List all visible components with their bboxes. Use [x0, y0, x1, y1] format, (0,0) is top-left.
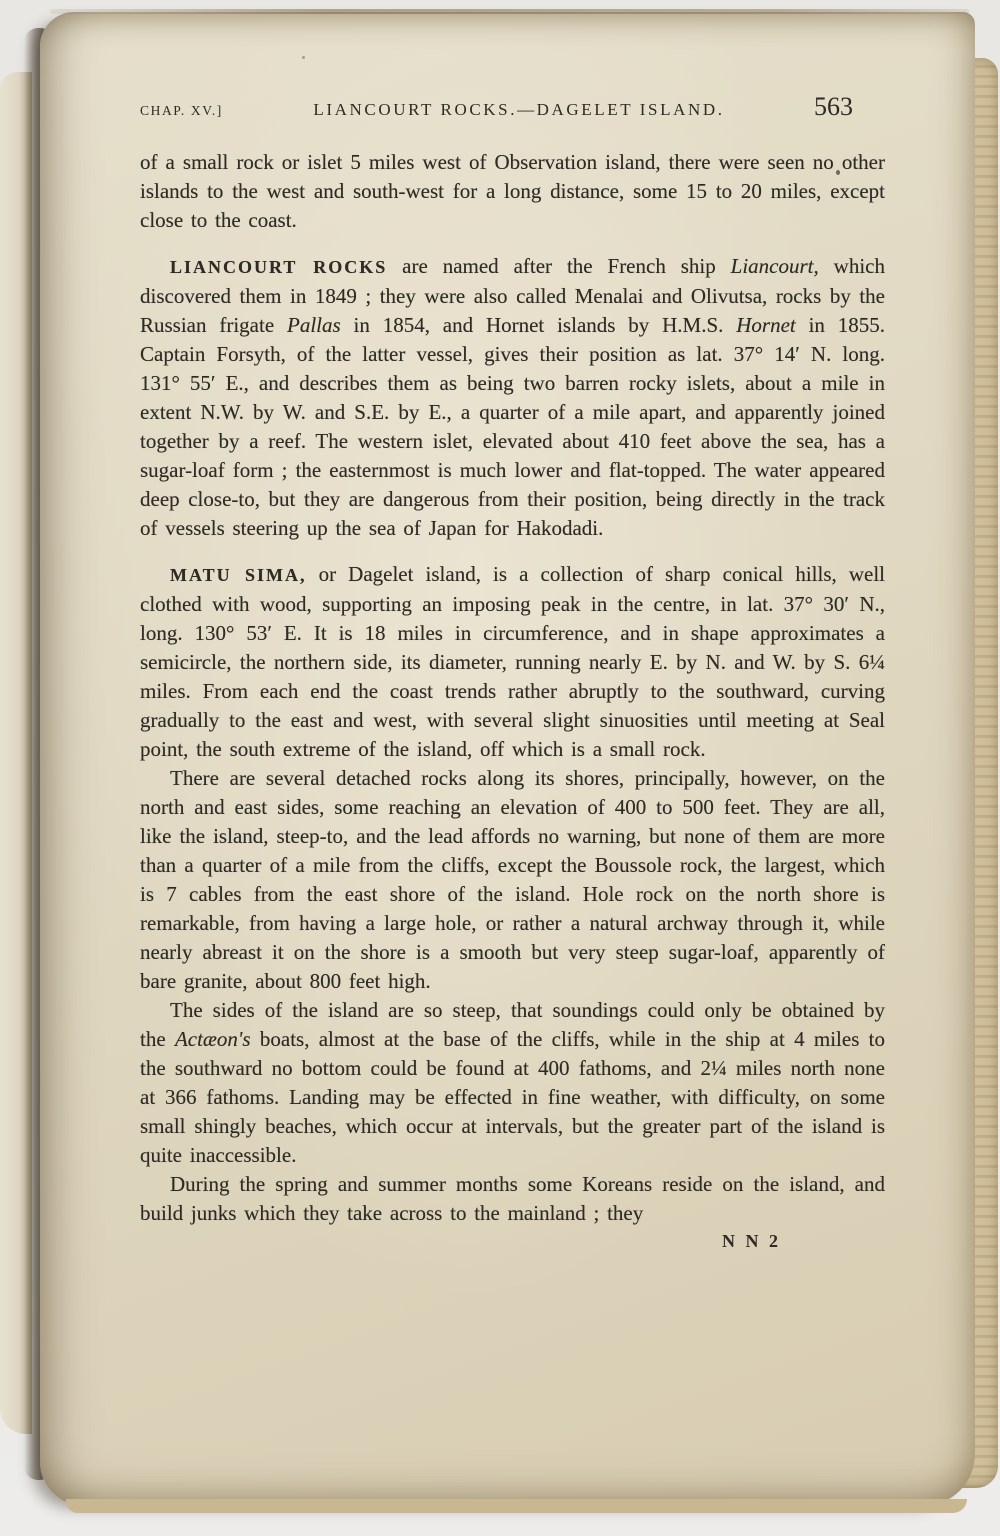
chapter-label: CHAP. XV.] [140, 103, 295, 119]
paragraph: MATU SIMA, or Dagelet island, is a colle… [140, 560, 885, 764]
text-segment-italic: Liancourt, [731, 254, 819, 278]
text-segment-normal: are named after the French ship [387, 254, 730, 278]
text-segment-italic: Pallas [287, 313, 341, 337]
paragraph: The sides of the island are so steep, th… [140, 996, 885, 1170]
page-body: of a small rock or islet 5 miles west of… [140, 148, 885, 1228]
text-segment-normal: During the spring and summer months some… [140, 1172, 885, 1225]
text-segment-normal: or Dagelet island, is a collection of sh… [140, 562, 885, 761]
text-segment-normal: in 1855. Captain Forsyth, of the latter … [140, 313, 885, 540]
running-title: LIANCOURT ROCKS.—DAGELET ISLAND. [295, 100, 743, 120]
text-segment-normal: in 1854, and Hornet islands by H.M.S. [341, 313, 737, 337]
text-segment-italic: Actæon's [175, 1027, 251, 1051]
paragraph: LIANCOURT ROCKS are named after the Fren… [140, 252, 885, 543]
page-number: 563 [743, 92, 885, 122]
book-page: CHAP. XV.] LIANCOURT ROCKS.—DAGELET ISLA… [40, 12, 975, 1506]
text-segment-normal: of a small rock or islet 5 miles west of… [140, 150, 885, 232]
paper-speck [302, 56, 305, 59]
text-segment-lead: LIANCOURT ROCKS [170, 257, 387, 277]
signature-mark: N N 2 [140, 1231, 885, 1252]
paragraph: of a small rock or islet 5 miles west of… [140, 148, 885, 235]
page-header: CHAP. XV.] LIANCOURT ROCKS.—DAGELET ISLA… [140, 92, 885, 122]
paragraph: During the spring and summer months some… [140, 1170, 885, 1228]
text-segment-normal: boats, almost at the base of the cliffs,… [140, 1027, 885, 1167]
book-scan: CHAP. XV.] LIANCOURT ROCKS.—DAGELET ISLA… [0, 0, 1000, 1536]
page-content: CHAP. XV.] LIANCOURT ROCKS.—DAGELET ISLA… [140, 92, 885, 1252]
paragraph: There are several detached rocks along i… [140, 764, 885, 996]
text-segment-normal: There are several detached rocks along i… [140, 766, 885, 993]
text-segment-italic: Hornet [736, 313, 796, 337]
text-segment-lead: MATU SIMA, [170, 565, 307, 585]
